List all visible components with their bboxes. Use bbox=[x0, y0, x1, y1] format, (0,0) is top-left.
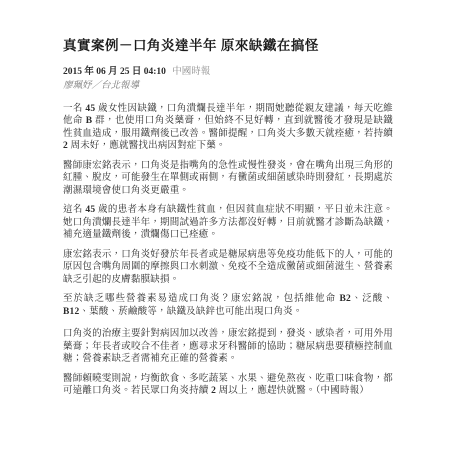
article-paragraph: 這名 45 歲的患者本身有缺鐵性貧血，但因貧血症狀不明顯，平日並未注意。她口角潰… bbox=[63, 204, 393, 242]
article-body: 一名 45 歲女性因缺鐵，口角潰爛長達半年，期間她聽從親友建議，每天吃維他命 B… bbox=[63, 103, 393, 398]
article-paragraph: 至於缺乏哪些營養素易造成口角炎？康宏銘說，包括維他命 B2、泛酸、B12、葉酸、… bbox=[63, 293, 393, 318]
publish-date: 2015 年 06 月 25 日 04:10 bbox=[63, 67, 166, 77]
article-page: 真實案例－口角炎達半年 原來缺鐵在搞怪 2015 年 06 月 25 日 04:… bbox=[0, 0, 453, 453]
article-paragraph: 醫師康宏銘表示，口角炎是指嘴角的急性或慢性發炎，會在嘴角出現三角形的紅腫、脫皮，… bbox=[63, 160, 393, 198]
article-paragraph: 醫師賴曉雯則說，均衡飲食、多吃蔬菜、水果、避免熬夜、吃重口味食物，都可遠離口角炎… bbox=[63, 373, 393, 398]
byline: 廖珮妤／台北報導 bbox=[63, 81, 393, 93]
article-paragraph: 康宏銘表示，口角炎好發於年長者或是糖尿病患等免疫功能低下的人，可能的原因包含嘴角… bbox=[63, 249, 393, 287]
article-paragraph: 一名 45 歲女性因缺鐵，口角潰爛長達半年，期間她聽從親友建議，每天吃維他命 B… bbox=[63, 103, 393, 153]
dateline: 2015 年 06 月 25 日 04:10 中國時報 bbox=[63, 67, 393, 79]
article-title: 真實案例－口角炎達半年 原來缺鐵在搞怪 bbox=[63, 38, 393, 55]
news-source: 中國時報 bbox=[172, 67, 210, 77]
article-paragraph: 口角炎的治療主要針對病因加以改善，康宏銘提到，發炎、感染者，可用外用藥膏；年長者… bbox=[63, 328, 393, 366]
